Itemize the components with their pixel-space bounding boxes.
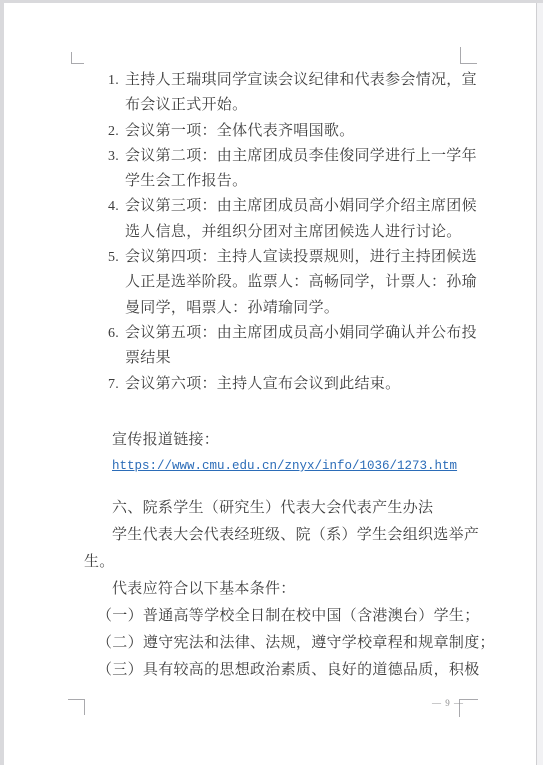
condition-item-1: （一）普通高等学校全日制在校中国（含港澳台）学生；: [84, 603, 484, 630]
agenda-item-text: 选人信息，并组织分团对主席团候选人进行讨论。: [125, 220, 466, 245]
promo-link-label: 宣传报道链接：: [112, 428, 219, 453]
agenda-item-number: 3.: [108, 144, 119, 169]
promo-hyperlink[interactable]: https://www.cmu.edu.cn/znyx/info/1036/12…: [112, 455, 457, 477]
agenda-item-number: 6.: [108, 321, 119, 346]
document-page: 1. 主持人王瑞琪同学宣读会议纪律和代表参会情况，宣 布会议正式开始。 2. 会…: [4, 3, 537, 765]
section-paragraph-line: 学生代表大会代表经班级、院（系）学生会组织选举产: [84, 522, 484, 549]
agenda-item-text: 会议第三项：由主席团成员高小娟同学介绍主席团候: [125, 194, 466, 219]
agenda-item-text: 人正是选举阶段。监票人：高畅同学，计票人：孙瑜: [125, 270, 466, 295]
agenda-item-7: 7. 会议第六项：主持人宣布会议到此结束。: [84, 372, 466, 397]
section-paragraph-line: 生。: [84, 549, 484, 576]
agenda-item-text: 学生会工作报告。: [125, 169, 466, 194]
agenda-item-text: 曼同学，唱票人：孙靖瑜同学。: [125, 296, 466, 321]
condition-item-3: （三）具有较高的思想政治素质、良好的道德品质，积极: [84, 657, 484, 684]
agenda-item-number: 4.: [108, 194, 119, 219]
agenda-item-3: 3. 会议第二项：由主席团成员李佳俊同学进行上一学年 学生会工作报告。: [84, 144, 466, 195]
agenda-item-4: 4. 会议第三项：由主席团成员高小娟同学介绍主席团候 选人信息，并组织分团对主席…: [84, 194, 466, 245]
agenda-item-number: 2.: [108, 119, 119, 144]
agenda-item-6: 6. 会议第五项：由主席团成员高小娟同学确认并公布投 票结果: [84, 321, 466, 372]
text-boundary-mark-top-left: [71, 52, 84, 64]
agenda-item-text: 会议第六项：主持人宣布会议到此结束。: [125, 372, 466, 397]
page-number: — 9 —: [432, 698, 464, 708]
agenda-item-text: 会议第一项：全体代表齐唱国歌。: [125, 119, 466, 144]
agenda-item-text: 会议第四项：主持人宣读投票规则，进行主持团候选: [125, 245, 466, 270]
agenda-item-1: 1. 主持人王瑞琪同学宣读会议纪律和代表参会情况，宣 布会议正式开始。: [84, 68, 466, 119]
agenda-item-number: 5.: [108, 245, 119, 270]
section-six: 六、院系学生（研究生）代表大会代表产生办法 学生代表大会代表经班级、院（系）学生…: [84, 495, 484, 684]
agenda-item-2: 2. 会议第一项：全体代表齐唱国歌。: [84, 119, 466, 144]
agenda-item-text: 会议第五项：由主席团成员高小娟同学确认并公布投: [125, 321, 466, 346]
agenda-item-5: 5. 会议第四项：主持人宣读投票规则，进行主持团候选 人正是选举阶段。监票人：高…: [84, 245, 466, 321]
agenda-list: 1. 主持人王瑞琪同学宣读会议纪律和代表参会情况，宣 布会议正式开始。 2. 会…: [84, 68, 466, 397]
agenda-item-text: 主持人王瑞琪同学宣读会议纪律和代表参会情况，宣: [125, 68, 466, 93]
agenda-item-text: 布会议正式开始。: [125, 93, 466, 118]
condition-item-2: （二）遵守宪法和法律、法规，遵守学校章程和规章制度；: [84, 630, 484, 657]
section-subheading: 代表应符合以下基本条件：: [84, 576, 484, 603]
text-boundary-mark-bottom-left: [68, 699, 85, 715]
agenda-item-text: 票结果: [125, 346, 466, 371]
text-boundary-mark-top-right: [460, 47, 477, 64]
document-canvas: 1. 主持人王瑞琪同学宣读会议纪律和代表参会情况，宣 布会议正式开始。 2. 会…: [0, 0, 543, 765]
agenda-item-number: 7.: [108, 372, 119, 397]
section-heading: 六、院系学生（研究生）代表大会代表产生办法: [84, 495, 484, 522]
agenda-item-number: 1.: [108, 68, 119, 93]
agenda-item-text: 会议第二项：由主席团成员李佳俊同学进行上一学年: [125, 144, 466, 169]
